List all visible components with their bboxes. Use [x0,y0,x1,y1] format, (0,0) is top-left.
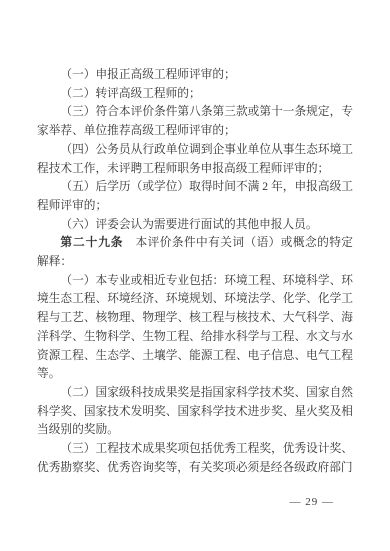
paragraph-definition-1: （一）本专业或相近专业包括：环境工程、环境科学、环境生态工程、环境经济、环境规划… [37,272,353,384]
paragraph-clause-3: （三）符合本评价条件第八条第三款或第十一条规定，专家举荐、单位推荐高级工程师评审… [37,103,353,140]
paragraph-article-29: 第二十九条 本评价条件中有关词（语）或概念的特定解释： [37,234,353,271]
paragraph-clause-2: （二）转评高级工程师的； [37,85,353,104]
document-body: （一）申报正高级工程师评审的；（二）转评高级工程师的；（三）符合本评价条件第八条… [37,66,353,477]
article-number-bold: 第二十九条 [60,236,123,249]
paragraph-clause-1: （一）申报正高级工程师评审的； [37,66,353,85]
page-number: — 29 — [290,496,335,508]
document-page: （一）申报正高级工程师评审的；（二）转评高级工程师的；（三）符合本评价条件第八条… [0,0,390,551]
paragraph-clause-5: （五）后学历（或学位）取得时间不满 2 年，申报高级工程师评审的； [37,178,353,215]
paragraph-definition-3: （三）工程技术成果奖项包括优秀工程奖，优秀设计奖、优秀勘察奖、优秀咨询奖等，有关… [37,440,353,477]
paragraph-definition-2: （二）国家级科技成果奖是指国家科学技术奖、国家自然科学奖、国家技术发明奖、国家科… [37,384,353,440]
paragraph-clause-4: （四）公务员从行政单位调到企事业单位从事生态环境工程技术工作，未评聘工程师职务申… [37,141,353,178]
paragraph-clause-6: （六）评委会认为需要进行面试的其他申报人员。 [37,216,353,235]
